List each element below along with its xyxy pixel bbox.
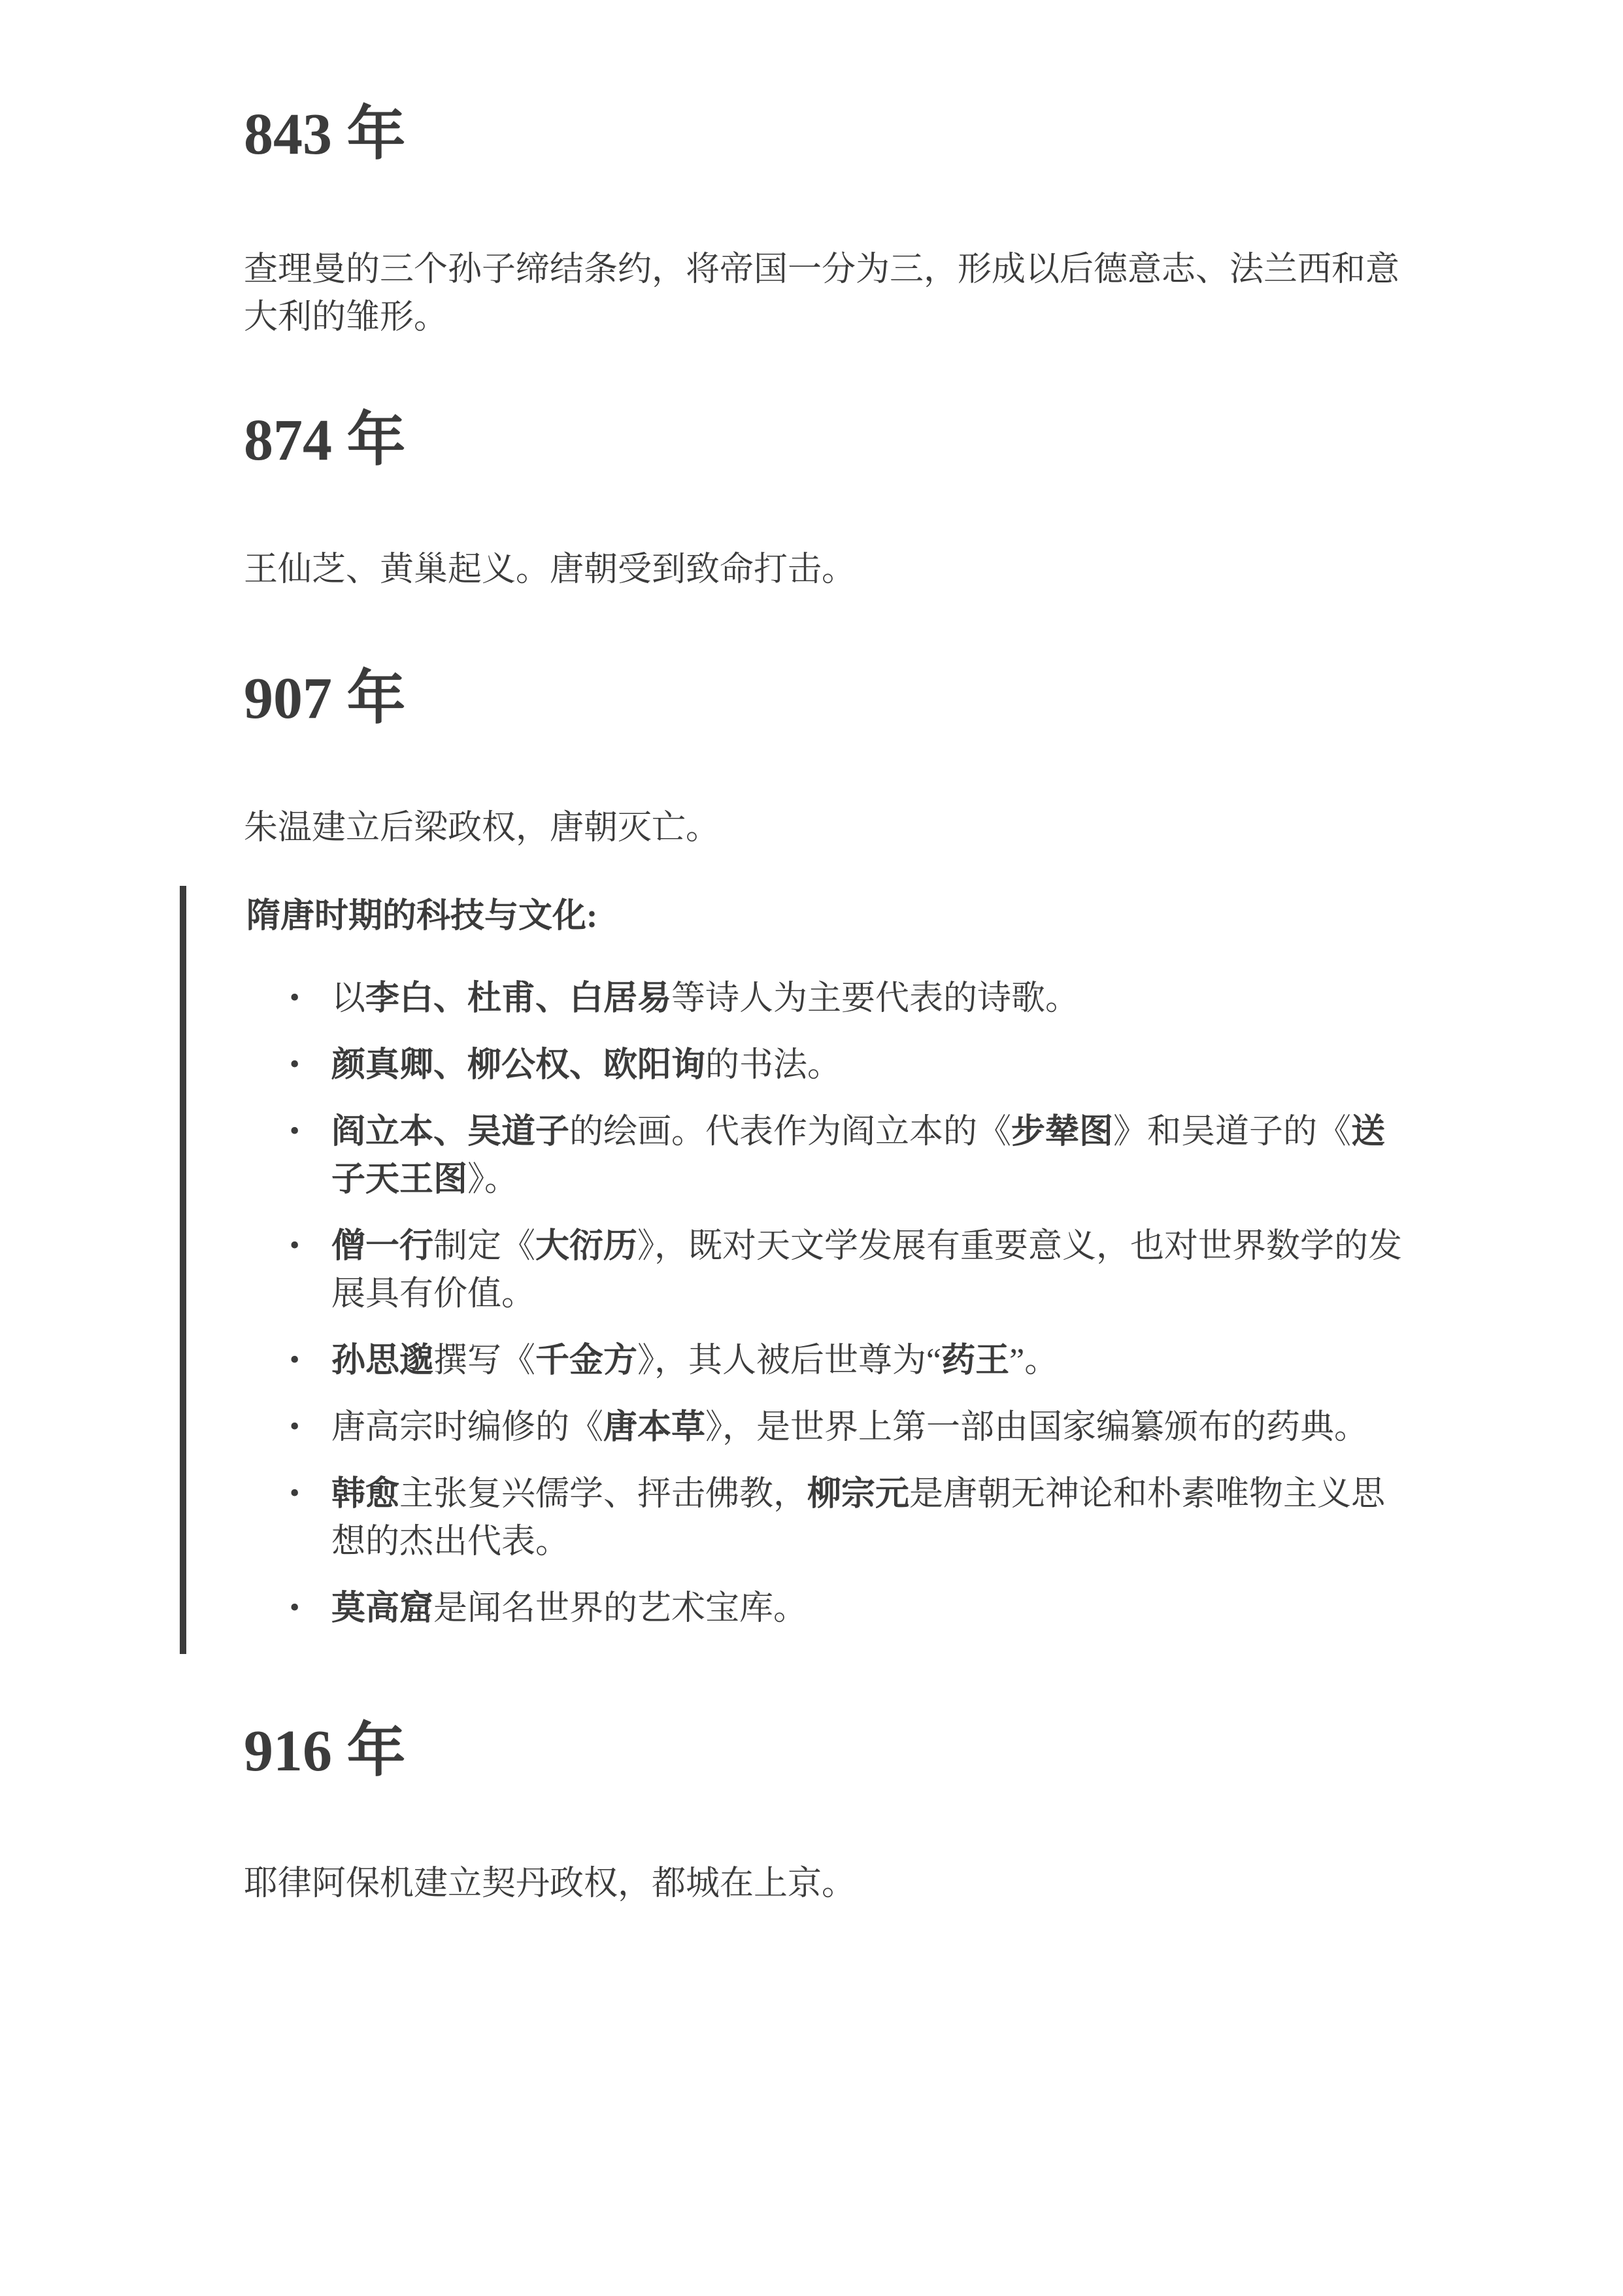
- text-segment: 唐高宗时编修的《: [331, 1409, 603, 1446]
- text-segment: 阎立本、吴道子: [331, 1113, 569, 1151]
- event-874: 王仙芝、黄巢起义。唐朝受到致命打击。: [244, 546, 1407, 594]
- text-segment: 撰写《: [433, 1342, 535, 1379]
- year-heading-916: 916 年: [244, 1716, 1407, 1787]
- text-segment: ”。: [1009, 1342, 1058, 1379]
- bullet-icon: •: [290, 1469, 299, 1517]
- text-segment: 孙思邈: [331, 1342, 433, 1379]
- bullet-icon: •: [290, 1107, 299, 1155]
- text-segment: 千金方: [535, 1342, 637, 1379]
- text-segment: 大衍历: [535, 1228, 637, 1265]
- text-segment: 李白、杜甫、白居易: [365, 980, 671, 1017]
- culture-blockquote: 隋唐时期的科技与文化: • 以李白、杜甫、白居易等诗人为主要代表的诗歌。 • 颜…: [180, 886, 1407, 1654]
- text-segment: 等诗人为主要代表的诗歌。: [671, 980, 1079, 1017]
- text-segment: 的书法。: [705, 1047, 841, 1084]
- list-item: • 唐高宗时编修的《唐本草》，是世界上第一部由国家编纂颁布的药典。: [246, 1404, 1407, 1451]
- bullet-icon: •: [290, 973, 299, 1021]
- text-segment: 以: [331, 980, 365, 1017]
- text-segment: 唐本草: [603, 1409, 705, 1446]
- text-segment: 韩愈: [331, 1476, 399, 1513]
- bullet-icon: •: [290, 1221, 299, 1269]
- list-item: • 以李白、杜甫、白居易等诗人为主要代表的诗歌。: [246, 975, 1407, 1022]
- culture-list: • 以李白、杜甫、白居易等诗人为主要代表的诗歌。 • 颜真卿、柳公权、欧阳询的书…: [246, 975, 1407, 1632]
- bullet-icon: •: [290, 1336, 299, 1383]
- document-page: 843 年 查理曼的三个孙子缔结条约，将帝国一分为三，形成以后德意志、法兰西和意…: [0, 0, 1623, 2296]
- bullet-icon: •: [290, 1402, 299, 1450]
- text-segment: 》，是世界上第一部由国家编纂颁布的药典。: [705, 1409, 1368, 1446]
- text-segment: 》。: [467, 1161, 518, 1198]
- text-segment: 制定《: [433, 1228, 535, 1265]
- text-segment: 莫高窟: [331, 1590, 433, 1627]
- text-segment: 颜真卿、柳公权、欧阳询: [331, 1047, 705, 1084]
- list-item: • 莫高窟是闻名世界的艺术宝库。: [246, 1585, 1407, 1632]
- text-segment: 》和吴道子的《: [1113, 1113, 1351, 1151]
- text-segment: 步辇图: [1011, 1113, 1113, 1151]
- bullet-icon: •: [290, 1583, 299, 1631]
- text-segment: 僧一行: [331, 1228, 433, 1265]
- event-907: 朱温建立后梁政权，唐朝灭亡。: [244, 804, 1407, 852]
- event-916: 耶律阿保机建立契丹政权，都城在上京。: [244, 1860, 1407, 1908]
- year-heading-843: 843 年: [244, 99, 1407, 170]
- text-segment: 药王: [941, 1342, 1009, 1379]
- list-item: • 阎立本、吴道子的绘画。代表作为阎立本的《步辇图》和吴道子的《送子天王图》。: [246, 1108, 1407, 1204]
- year-heading-874: 874 年: [244, 405, 1407, 476]
- event-843: 查理曼的三个孙子缔结条约，将帝国一分为三，形成以后德意志、法兰西和意大利的雏形。: [244, 246, 1407, 341]
- list-item: • 僧一行制定《大衍历》，既对天文学发展有重要意义，也对世界数学的发展具有价值。: [246, 1223, 1407, 1318]
- list-item: • 孙思邈撰写《千金方》，其人被后世尊为“药王”。: [246, 1337, 1407, 1385]
- bullet-icon: •: [290, 1040, 299, 1088]
- text-segment: 》，其人被后世尊为“: [637, 1342, 941, 1379]
- text-segment: 柳宗元: [807, 1476, 909, 1513]
- text-segment: 主张复兴儒学、抨击佛教，: [399, 1476, 807, 1513]
- text-segment: 是闻名世界的艺术宝库。: [433, 1590, 807, 1627]
- quote-title: 隋唐时期的科技与文化:: [246, 892, 1407, 940]
- text-segment: 的绘画。代表作为阎立本的《: [569, 1113, 1011, 1151]
- list-item: • 韩愈主张复兴儒学、抨击佛教，柳宗元是唐朝无神论和朴素唯物主义思想的杰出代表。: [246, 1470, 1407, 1566]
- year-heading-907: 907 年: [244, 664, 1407, 734]
- list-item: • 颜真卿、柳公权、欧阳询的书法。: [246, 1041, 1407, 1089]
